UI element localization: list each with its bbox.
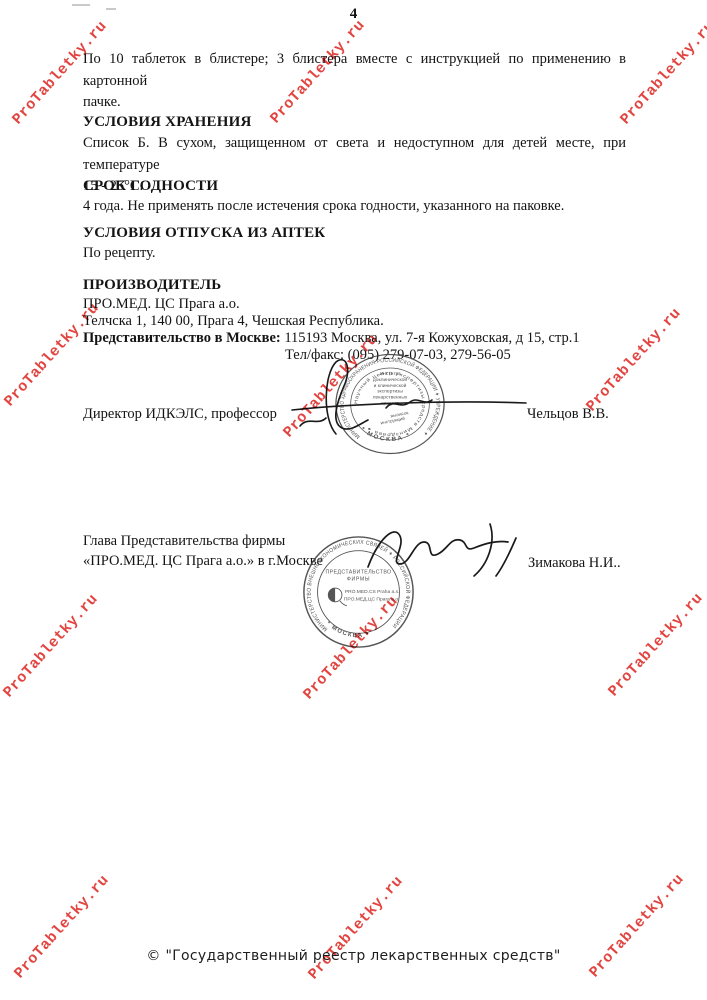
rep-office-address: 115193 Москва, ул. 7-я Кожуховская, д 15… bbox=[284, 330, 579, 346]
director-name: Чельцов В.В. bbox=[527, 404, 609, 425]
watermark-protabletky: ProTabletky.ru bbox=[586, 871, 688, 981]
watermark-protabletky: ProTabletky.ru bbox=[583, 305, 685, 415]
signature-zimakova bbox=[350, 512, 540, 597]
dispensing-heading: УСЛОВИЯ ОТПУСКА ИЗ АПТЕК bbox=[83, 223, 325, 244]
watermark-protabletky: ProTabletky.ru bbox=[0, 591, 102, 701]
document-page: 4 По 10 таблеток в блистере; 3 блистера … bbox=[0, 0, 707, 1000]
head-role-line2: «ПРО.МЕД. ЦС Прага а.о.» в г.Москве bbox=[83, 551, 323, 572]
intro-line1: По 10 таблеток в блистере; 3 блистера вм… bbox=[83, 49, 626, 92]
intro-line2: пачке. bbox=[83, 92, 626, 114]
shelf-life-heading: СРОК ГОДНОСТИ bbox=[83, 176, 218, 197]
storage-heading: УСЛОВИЯ ХРАНЕНИЯ bbox=[83, 112, 252, 133]
watermark-protabletky: ProTabletky.ru bbox=[11, 872, 113, 982]
head-role-line1: Глава Представительства фирмы bbox=[83, 531, 285, 552]
rep-office-label: Представительство в Москве: bbox=[83, 330, 281, 346]
scan-speck bbox=[72, 4, 90, 6]
storage-line1: Список Б. В сухом, защищенном от света и… bbox=[83, 133, 626, 176]
dispensing-body: По рецепту. bbox=[83, 243, 156, 264]
head-name: Зимакова Н.И.. bbox=[528, 553, 621, 574]
intro-paragraph: По 10 таблеток в блистере; 3 блистера вм… bbox=[83, 49, 626, 114]
footer-copyright: © "Государственный реестр лекарственных … bbox=[0, 948, 707, 964]
director-role: Директор ИДКЭЛС, профессор bbox=[83, 404, 277, 425]
scan-speck bbox=[106, 8, 116, 10]
watermark-protabletky: ProTabletky.ru bbox=[305, 873, 407, 983]
shelf-life-body: 4 года. Не применять после истечения сро… bbox=[83, 196, 564, 217]
watermark-protabletky: ProTabletky.ru bbox=[605, 590, 707, 700]
svg-text:* МОСКВА *: * МОСКВА * bbox=[325, 621, 371, 640]
manufacturer-heading: ПРОИЗВОДИТЕЛЬ bbox=[83, 275, 221, 296]
signature-cheltsov bbox=[278, 352, 533, 447]
stamp2-company-line2: ПРО.МЕД.ЦС Прага а.о. bbox=[344, 596, 400, 601]
watermark-protabletky: ProTabletky.ru bbox=[617, 18, 707, 128]
stamp2-bottom-text: * МОСКВА * bbox=[325, 621, 371, 640]
